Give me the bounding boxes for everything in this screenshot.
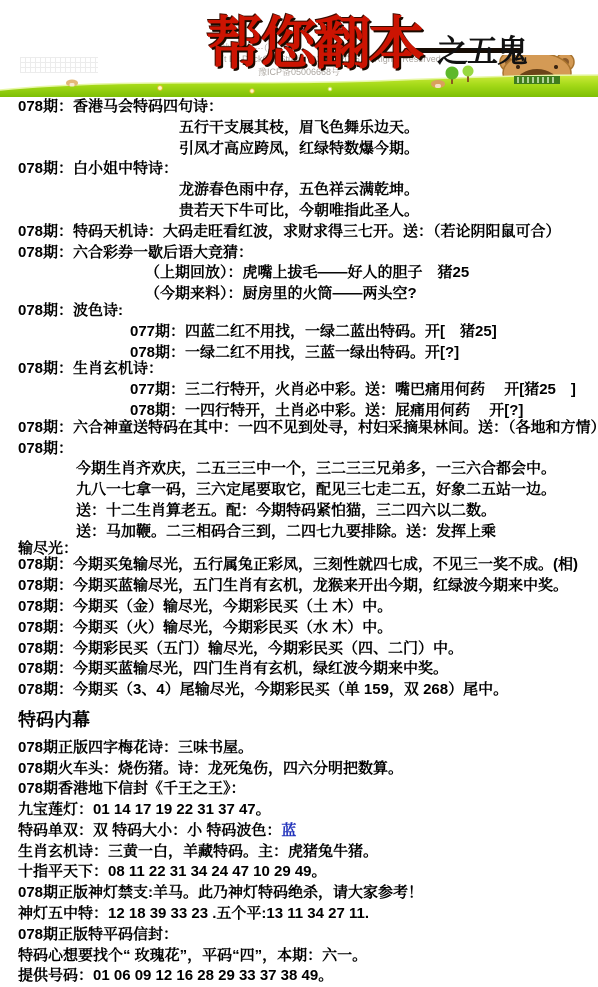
text-line: 特码心想要找个“ 玫瑰花”，平码“四”，本期：六一。 — [18, 946, 598, 967]
text-line: 078期：香港马会特码四句诗： — [18, 97, 598, 118]
text-line: （上期回放）：虎嘴上拔毛——好人的胆子 猪25 — [145, 263, 598, 284]
text-line: 078期香港地下信封《千王之王》： — [18, 779, 598, 800]
site-subtitle: 之五鬼 — [437, 26, 527, 71]
text-line: 十指平天下：08 11 22 31 34 24 47 10 29 49。 — [18, 862, 598, 883]
fence-icon — [514, 76, 560, 84]
text-line: 078期：今期买（金）输尽光，今期彩民买（土 木）中。 — [18, 597, 598, 618]
banner: F快··事务···（联···同··· Yt By DuckCar Studio … — [0, 0, 598, 97]
text-line: 078期：今期彩民买（五门）输尽光，今期彩民买（四、二门）中。 — [18, 639, 598, 660]
text-line: 078期：今期买兔输尽光，五行属兔正彩凤，三刻性就四七成，不见三一奖不成。(相) — [18, 555, 598, 576]
text-line: 神灯五中特：12 18 39 33 23 .五个平:13 11 34 27 11… — [18, 904, 598, 925]
text-line: 078期：白小姐中特诗： — [18, 159, 598, 180]
text-line: 078期： — [18, 439, 598, 460]
text-line: 九宝莲灯：01 14 17 19 22 31 37 47。 — [18, 800, 598, 821]
text-line: 078期：特码天机诗：大码走旺看红波，求财求得三七开。送：（若论阴阳鼠可合） — [18, 222, 598, 243]
text-line: 078期：六合神童送特码在其中：一四不见到处寻，村妇采摘果林间。送：（各地和方情… — [18, 418, 598, 439]
text-line: 078期：今期买蓝输尽光，五门生肖有玄机，龙猴来开出今期，红绿波今期来中奖。 — [18, 576, 598, 597]
section-heading: 特码内幕 — [18, 701, 598, 738]
text-line: 078期：今期买（3、4）尾输尽光，今期彩民买（单 159，双 268）尾中。 — [18, 680, 598, 701]
text-line: 五行干支展其枝，眉飞色舞乐边天。 — [0, 118, 598, 139]
text-line: 078期正版神灯禁支:羊马。此乃神灯特码绝杀，请大家参考！ — [18, 883, 598, 904]
text-line: 生肖玄机诗：三黄一白，羊藏特码。主：虎猪兔牛猪。 — [18, 842, 598, 863]
text-line: 078期：今期买蓝输尽光，四门生肖有玄机，绿红波今期来中奖。 — [18, 659, 598, 680]
site-title: 帮您翻本 — [206, 0, 422, 80]
text-line: 078期：六合彩券一歇后语大竞猜： — [18, 243, 598, 264]
text-line: 078期：今期买（火）输尽光，今期彩民买（水 木）中。 — [18, 618, 598, 639]
text-line: 提供号码：01 06 09 12 16 28 29 33 37 38 49。 — [18, 966, 598, 987]
text-line: 今期生肖齐欢庆，二五三三中一个，三二三三兄弟多，一三六合都会中。 — [76, 459, 598, 480]
wave-color-value: 蓝 — [281, 822, 296, 839]
text-line: 078期火车头：烧伤猪。诗：龙死兔伤，四六分明把数算。 — [18, 759, 598, 780]
text-line: 送：十二生肖算老五。配：今期特码紧怕猫，三二四六以二数。 — [76, 501, 598, 522]
text-line: 077期：四蓝二红不用找，一绿二蓝出特码。开[ 猪25] — [130, 322, 598, 343]
text-line: 九八一七拿一码，三六定尾要取它，配见三七走二五，好象二五站一边。 — [76, 480, 598, 501]
text-line: 078期正版特平码信封： — [18, 925, 598, 946]
text-line: 引凤才高应跨凤，红绿特数爆今期。 — [0, 139, 598, 160]
page: F快··事务···（联···同··· Yt By DuckCar Studio … — [0, 0, 598, 987]
text-line: 特码单双：双 特码大小：小 特码波色：蓝 — [18, 821, 598, 842]
text-line: 077期：三二行特开，火肖必中彩。送：嘴巴痛用何药 开[猪25 ] — [130, 380, 598, 401]
text-line: 贵若天下牛可比，今朝唯指此圣人。 — [0, 201, 598, 222]
content-lines: 078期：香港马会特码四句诗：五行干支展其枝，眉飞色舞乐边天。引凤才高应跨凤，红… — [0, 97, 598, 987]
text-line: 078期正版四字梅花诗：三味书屋。 — [18, 738, 598, 759]
text-line: 龙游春色雨中存，五色祥云满乾坤。 — [0, 180, 598, 201]
